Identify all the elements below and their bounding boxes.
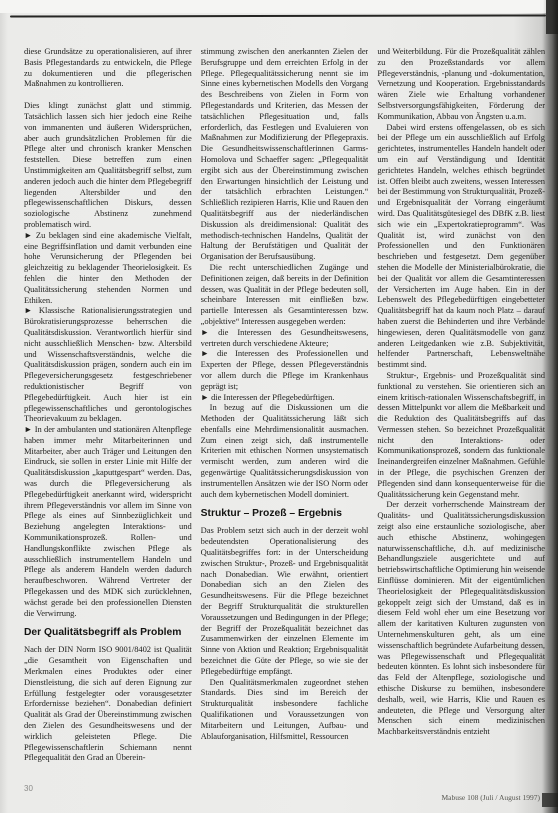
scan-right-shadow (543, 0, 558, 813)
bullet-item: ► In der ambulanten und stationären Alte… (24, 424, 192, 618)
paragraph: stimmung zwischen den anerkannten Zielen… (201, 46, 369, 262)
bullet-item: ► die Interessen der Pflegebedürftigen. (201, 392, 369, 403)
paragraph: Dabei wird erstens offengelassen, ob es … (377, 122, 545, 370)
paragraph: Die recht unterschiedlichen Zugänge und … (201, 262, 369, 327)
heading-struktur-prozess-ergebnis: Struktur – Prozeß – Ergebnis (201, 508, 369, 520)
heading-qualitaetsbegriff-als-problem: Der Qualitätsbegriff als Problem (24, 627, 192, 639)
bullet-item: ► Klassische Rationalisierungsstrategien… (24, 305, 192, 424)
paragraph: In bezug auf die Diskussionen um die Met… (201, 402, 369, 499)
paragraph: und Weiterbildung. Für die Prozeßqualitä… (377, 46, 545, 122)
page-number: 30 (24, 784, 33, 793)
article-body: diese Grundsätze zu operationalisieren, … (24, 46, 545, 796)
bullet-item: ► Zu beklagen sind eine akademische Viel… (24, 230, 192, 306)
paragraph: Dies klingt zunächst glatt und stimmig. … (24, 100, 192, 230)
column-right: und Weiterbildung. Für die Prozeßqualitä… (377, 46, 545, 796)
scanned-page: diese Grundsätze zu operationalisieren, … (0, 0, 558, 813)
paragraph: Nach der DIN Norm ISO 9001/8402 ist Qual… (24, 644, 192, 763)
paragraph: Den Qualitätsmerkmalen zugeordnet stehen… (201, 677, 369, 742)
top-rule-divider (10, 14, 546, 17)
column-left: diese Grundsätze zu operationalisieren, … (24, 46, 192, 796)
journal-footer: Mabuse 108 (Juli / August 1997) (441, 793, 540, 802)
paragraph: Struktur-, Ergebnis- und Prozeßqualität … (377, 370, 545, 500)
paragraph: Das Problem setzt sich auch in der derze… (201, 525, 369, 676)
scan-top-band (0, 0, 558, 13)
column-middle: stimmung zwischen den anerkannten Zielen… (201, 46, 369, 796)
paragraph: Der derzeit vorherrschende Mainstream de… (377, 499, 545, 737)
bullet-item: ► die Interessen des Professionellen und… (201, 348, 369, 391)
bullet-item: ► die Interessen des Gesundheitswesens, … (201, 327, 369, 349)
paragraph: diese Grundsätze zu operationalisieren, … (24, 46, 192, 89)
